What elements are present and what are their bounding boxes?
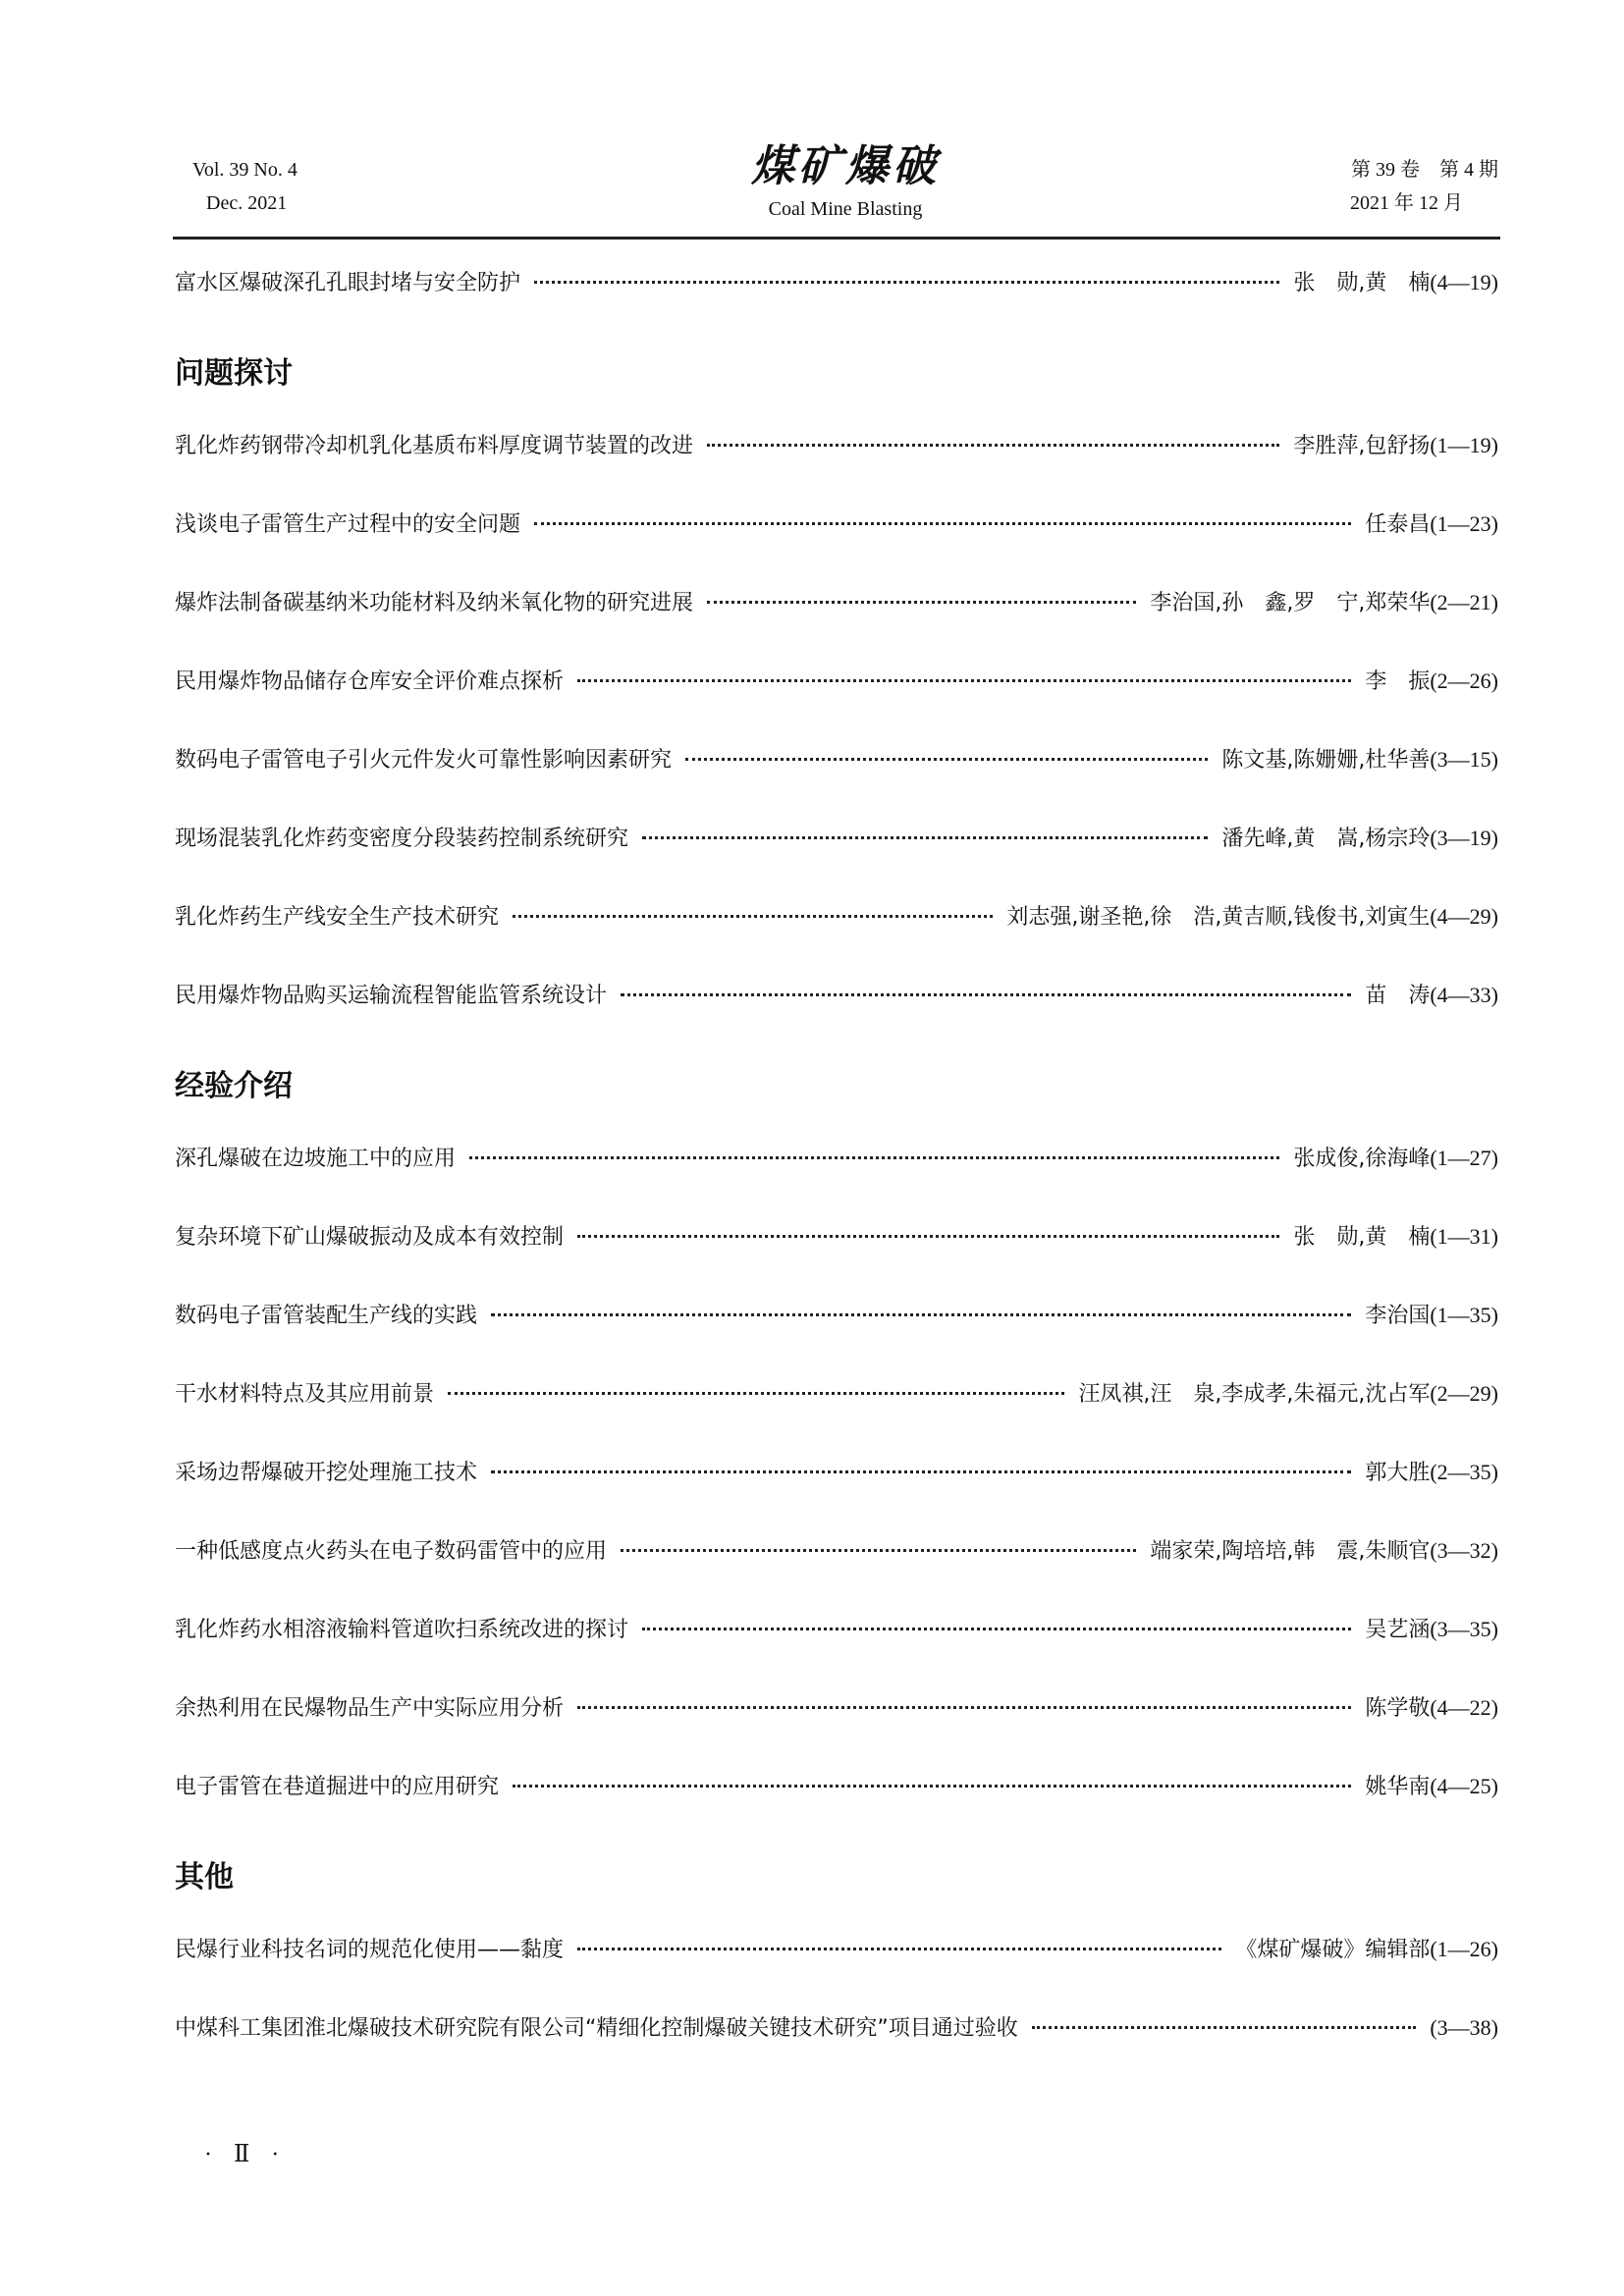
entry-authors: 潘先峰,黄 嵩,杨宗玲: [1221, 820, 1430, 859]
toc-entry[interactable]: 浅谈电子雷管生产过程中的安全问题 任泰昌 (1—23): [175, 499, 1498, 577]
toc-entry[interactable]: 数码电子雷管电子引火元件发火可靠性影响因素研究 陈文基,陈姗姗,杜华善 (3—1…: [175, 734, 1498, 813]
toc-entry[interactable]: 余热利用在民爆物品生产中实际应用分析 陈学敬 (4—22): [175, 1682, 1498, 1761]
journal-title-cn: 煤矿爆破: [751, 139, 940, 194]
section-heading: 其他: [175, 1840, 1498, 1924]
entry-title: 乳化炸药水相溶液输料管道吹扫系统改进的探讨: [175, 1611, 628, 1650]
entry-pages: (3—15): [1430, 740, 1498, 779]
toc-entry[interactable]: 民用爆炸物品购买运输流程智能监管系统设计 苗 涛 (4—33): [175, 970, 1498, 1048]
entry-pages: (1—26): [1430, 1930, 1498, 1969]
dot-leader: [1032, 2026, 1417, 2029]
entry-title: 乳化炸药钢带冷却机乳化基质布料厚度调节装置的改进: [175, 427, 693, 466]
section-heading: 问题探讨: [175, 336, 1498, 420]
dot-leader: [534, 281, 1279, 284]
entry-title: 爆炸法制备碳基纳米功能材料及纳米氧化物的研究进展: [175, 584, 693, 623]
entry-pages: (3—35): [1430, 1610, 1498, 1649]
dot-leader: [577, 679, 1351, 682]
entry-pages: (4—22): [1430, 1688, 1498, 1728]
dot-leader: [469, 1156, 1279, 1159]
entry-pages: (4—25): [1430, 1767, 1498, 1806]
entry-title: 一种低感度点火药头在电子数码雷管中的应用: [175, 1532, 607, 1572]
header-divider: [173, 237, 1500, 240]
entry-pages: (1—19): [1430, 426, 1498, 465]
entry-authors: 端家荣,陶培培,韩 震,朱顺官: [1150, 1532, 1430, 1572]
table-of-contents: 富水区爆破深孔孔眼封堵与安全防护 张 勋,黄 楠 (4—19) 问题探讨 乳化炸…: [175, 257, 1498, 2081]
entry-pages: (2—35): [1430, 1453, 1498, 1492]
dot-leader: [642, 836, 1208, 839]
entry-pages: (2—21): [1430, 583, 1498, 622]
entry-pages: (4—19): [1430, 263, 1498, 302]
entry-authors: 汪凤祺,汪 泉,李成孝,朱福元,沈占军: [1078, 1375, 1430, 1415]
entry-title: 电子雷管在巷道掘进中的应用研究: [175, 1768, 499, 1807]
entry-title: 民爆行业科技名词的规范化使用——黏度: [175, 1931, 564, 1970]
dot-leader: [513, 915, 993, 918]
dot-leader: [491, 1470, 1351, 1473]
section-heading: 经验介绍: [175, 1048, 1498, 1133]
toc-entry[interactable]: 采场边帮爆破开挖处理施工技术 郭大胜 (2—35): [175, 1447, 1498, 1525]
toc-entry[interactable]: 电子雷管在巷道掘进中的应用研究 姚华南 (4—25): [175, 1761, 1498, 1840]
entry-authors: 陈文基,陈姗姗,杜华善: [1221, 741, 1430, 780]
toc-entry[interactable]: 民用爆炸物品储存仓库安全评价难点探析 李 振 (2—26): [175, 656, 1498, 734]
entry-authors: 张 勋,黄 楠: [1293, 264, 1430, 303]
journal-title-en: Coal Mine Blasting: [751, 194, 940, 224]
page-number: · Ⅱ ·: [204, 2140, 287, 2168]
entry-pages: (1—27): [1430, 1139, 1498, 1178]
toc-entry[interactable]: 数码电子雷管装配生产线的实践 李治国 (1—35): [175, 1290, 1498, 1368]
dot-leader: [577, 1948, 1221, 1950]
dot-leader: [448, 1392, 1064, 1395]
entry-pages: (4—33): [1430, 976, 1498, 1015]
toc-entry[interactable]: 一种低感度点火药头在电子数码雷管中的应用 端家荣,陶培培,韩 震,朱顺官 (3—…: [175, 1525, 1498, 1604]
entry-authors: 《煤矿爆破》编辑部: [1235, 1931, 1430, 1970]
dot-leader: [534, 522, 1351, 525]
entry-title: 中煤科工集团淮北爆破技术研究院有限公司“精细化控制爆破关键技术研究”项目通过验收: [175, 2009, 1018, 2049]
dot-leader: [707, 444, 1279, 447]
entry-authors: 陈学敬: [1365, 1689, 1430, 1729]
dot-leader: [577, 1706, 1351, 1709]
toc-entry[interactable]: 深孔爆破在边坡施工中的应用 张成俊,徐海峰 (1—27): [175, 1133, 1498, 1211]
entry-authors: 李 振: [1365, 663, 1430, 702]
dot-leader: [642, 1628, 1351, 1630]
entry-title: 民用爆炸物品购买运输流程智能监管系统设计: [175, 977, 607, 1016]
entry-authors: 张成俊,徐海峰: [1293, 1140, 1430, 1179]
toc-entry[interactable]: 乳化炸药生产线安全生产技术研究 刘志强,谢圣艳,徐 浩,黄吉顺,钱俊书,刘寅生 …: [175, 891, 1498, 970]
entry-authors: 吴艺涵: [1365, 1611, 1430, 1650]
entry-pages: (1—31): [1430, 1217, 1498, 1256]
entry-title: 现场混装乳化炸药变密度分段装药控制系统研究: [175, 820, 628, 859]
dot-leader: [685, 758, 1208, 761]
toc-entry[interactable]: 中煤科工集团淮北爆破技术研究院有限公司“精细化控制爆破关键技术研究”项目通过验收…: [175, 2002, 1498, 2081]
entry-pages: (3—19): [1430, 819, 1498, 858]
entry-title: 数码电子雷管电子引火元件发火可靠性影响因素研究: [175, 741, 672, 780]
entry-pages: (2—29): [1430, 1374, 1498, 1414]
entry-authors: 李治国: [1365, 1297, 1430, 1336]
entry-title: 民用爆炸物品储存仓库安全评价难点探析: [175, 663, 564, 702]
toc-entry[interactable]: 复杂环境下矿山爆破振动及成本有效控制 张 勋,黄 楠 (1—31): [175, 1211, 1498, 1290]
dot-leader: [707, 601, 1136, 604]
page-header: Vol. 39 No. 4 Dec. 2021 煤矿爆破 Coal Mine B…: [192, 147, 1498, 236]
entry-pages: (2—26): [1430, 662, 1498, 701]
entry-title: 浅谈电子雷管生产过程中的安全问题: [175, 506, 520, 545]
dot-leader: [513, 1785, 1351, 1788]
volume-issue-en: Vol. 39 No. 4: [192, 153, 298, 187]
toc-entry[interactable]: 民爆行业科技名词的规范化使用——黏度 《煤矿爆破》编辑部 (1—26): [175, 1924, 1498, 2002]
entry-title: 乳化炸药生产线安全生产技术研究: [175, 898, 499, 937]
toc-entry[interactable]: 爆炸法制备碳基纳米功能材料及纳米氧化物的研究进展 李治国,孙 鑫,罗 宁,郑荣华…: [175, 577, 1498, 656]
entry-title: 干水材料特点及其应用前景: [175, 1375, 434, 1415]
entry-authors: 刘志强,谢圣艳,徐 浩,黄吉顺,钱俊书,刘寅生: [1006, 898, 1430, 937]
entry-pages: (1—35): [1430, 1296, 1498, 1335]
dot-leader: [491, 1313, 1351, 1316]
entry-title: 富水区爆破深孔孔眼封堵与安全防护: [175, 264, 520, 303]
toc-entry[interactable]: 乳化炸药钢带冷却机乳化基质布料厚度调节装置的改进 李胜萍,包舒扬 (1—19): [175, 420, 1498, 499]
header-left: Vol. 39 No. 4 Dec. 2021: [192, 153, 298, 220]
entry-pages: (3—38): [1430, 2008, 1498, 2048]
volume-issue-cn: 第 39 卷 第 4 期: [1350, 153, 1498, 187]
header-right: 第 39 卷 第 4 期 2021 年 12 月: [1350, 153, 1498, 220]
journal-title-block: 煤矿爆破 Coal Mine Blasting: [751, 139, 940, 224]
entry-authors: 张 勋,黄 楠: [1293, 1218, 1430, 1257]
entry-pages: (1—23): [1430, 505, 1498, 544]
entry-title: 深孔爆破在边坡施工中的应用: [175, 1140, 456, 1179]
entry-authors: 苗 涛: [1365, 977, 1430, 1016]
entry-authors: 李治国,孙 鑫,罗 宁,郑荣华: [1150, 584, 1430, 623]
toc-entry[interactable]: 乳化炸药水相溶液输料管道吹扫系统改进的探讨 吴艺涵 (3—35): [175, 1604, 1498, 1682]
entry-authors: 郭大胜: [1365, 1454, 1430, 1493]
entry-authors: 李胜萍,包舒扬: [1293, 427, 1430, 466]
date-en: Dec. 2021: [192, 187, 298, 220]
entry-pages: (3—32): [1430, 1531, 1498, 1571]
date-cn: 2021 年 12 月: [1350, 187, 1498, 220]
entry-title: 数码电子雷管装配生产线的实践: [175, 1297, 477, 1336]
entry-pages: (4—29): [1430, 897, 1498, 936]
entry-title: 余热利用在民爆物品生产中实际应用分析: [175, 1689, 564, 1729]
dot-leader: [621, 993, 1351, 996]
entry-title: 采场边帮爆破开挖处理施工技术: [175, 1454, 477, 1493]
toc-entry[interactable]: 现场混装乳化炸药变密度分段装药控制系统研究 潘先峰,黄 嵩,杨宗玲 (3—19): [175, 813, 1498, 891]
dot-leader: [577, 1235, 1279, 1238]
entry-authors: 姚华南: [1365, 1768, 1430, 1807]
dot-leader: [621, 1549, 1136, 1552]
entry-title: 复杂环境下矿山爆破振动及成本有效控制: [175, 1218, 564, 1257]
entry-authors: 任泰昌: [1365, 506, 1430, 545]
toc-entry[interactable]: 富水区爆破深孔孔眼封堵与安全防护 张 勋,黄 楠 (4—19): [175, 257, 1498, 336]
toc-entry[interactable]: 干水材料特点及其应用前景 汪凤祺,汪 泉,李成孝,朱福元,沈占军 (2—29): [175, 1368, 1498, 1447]
